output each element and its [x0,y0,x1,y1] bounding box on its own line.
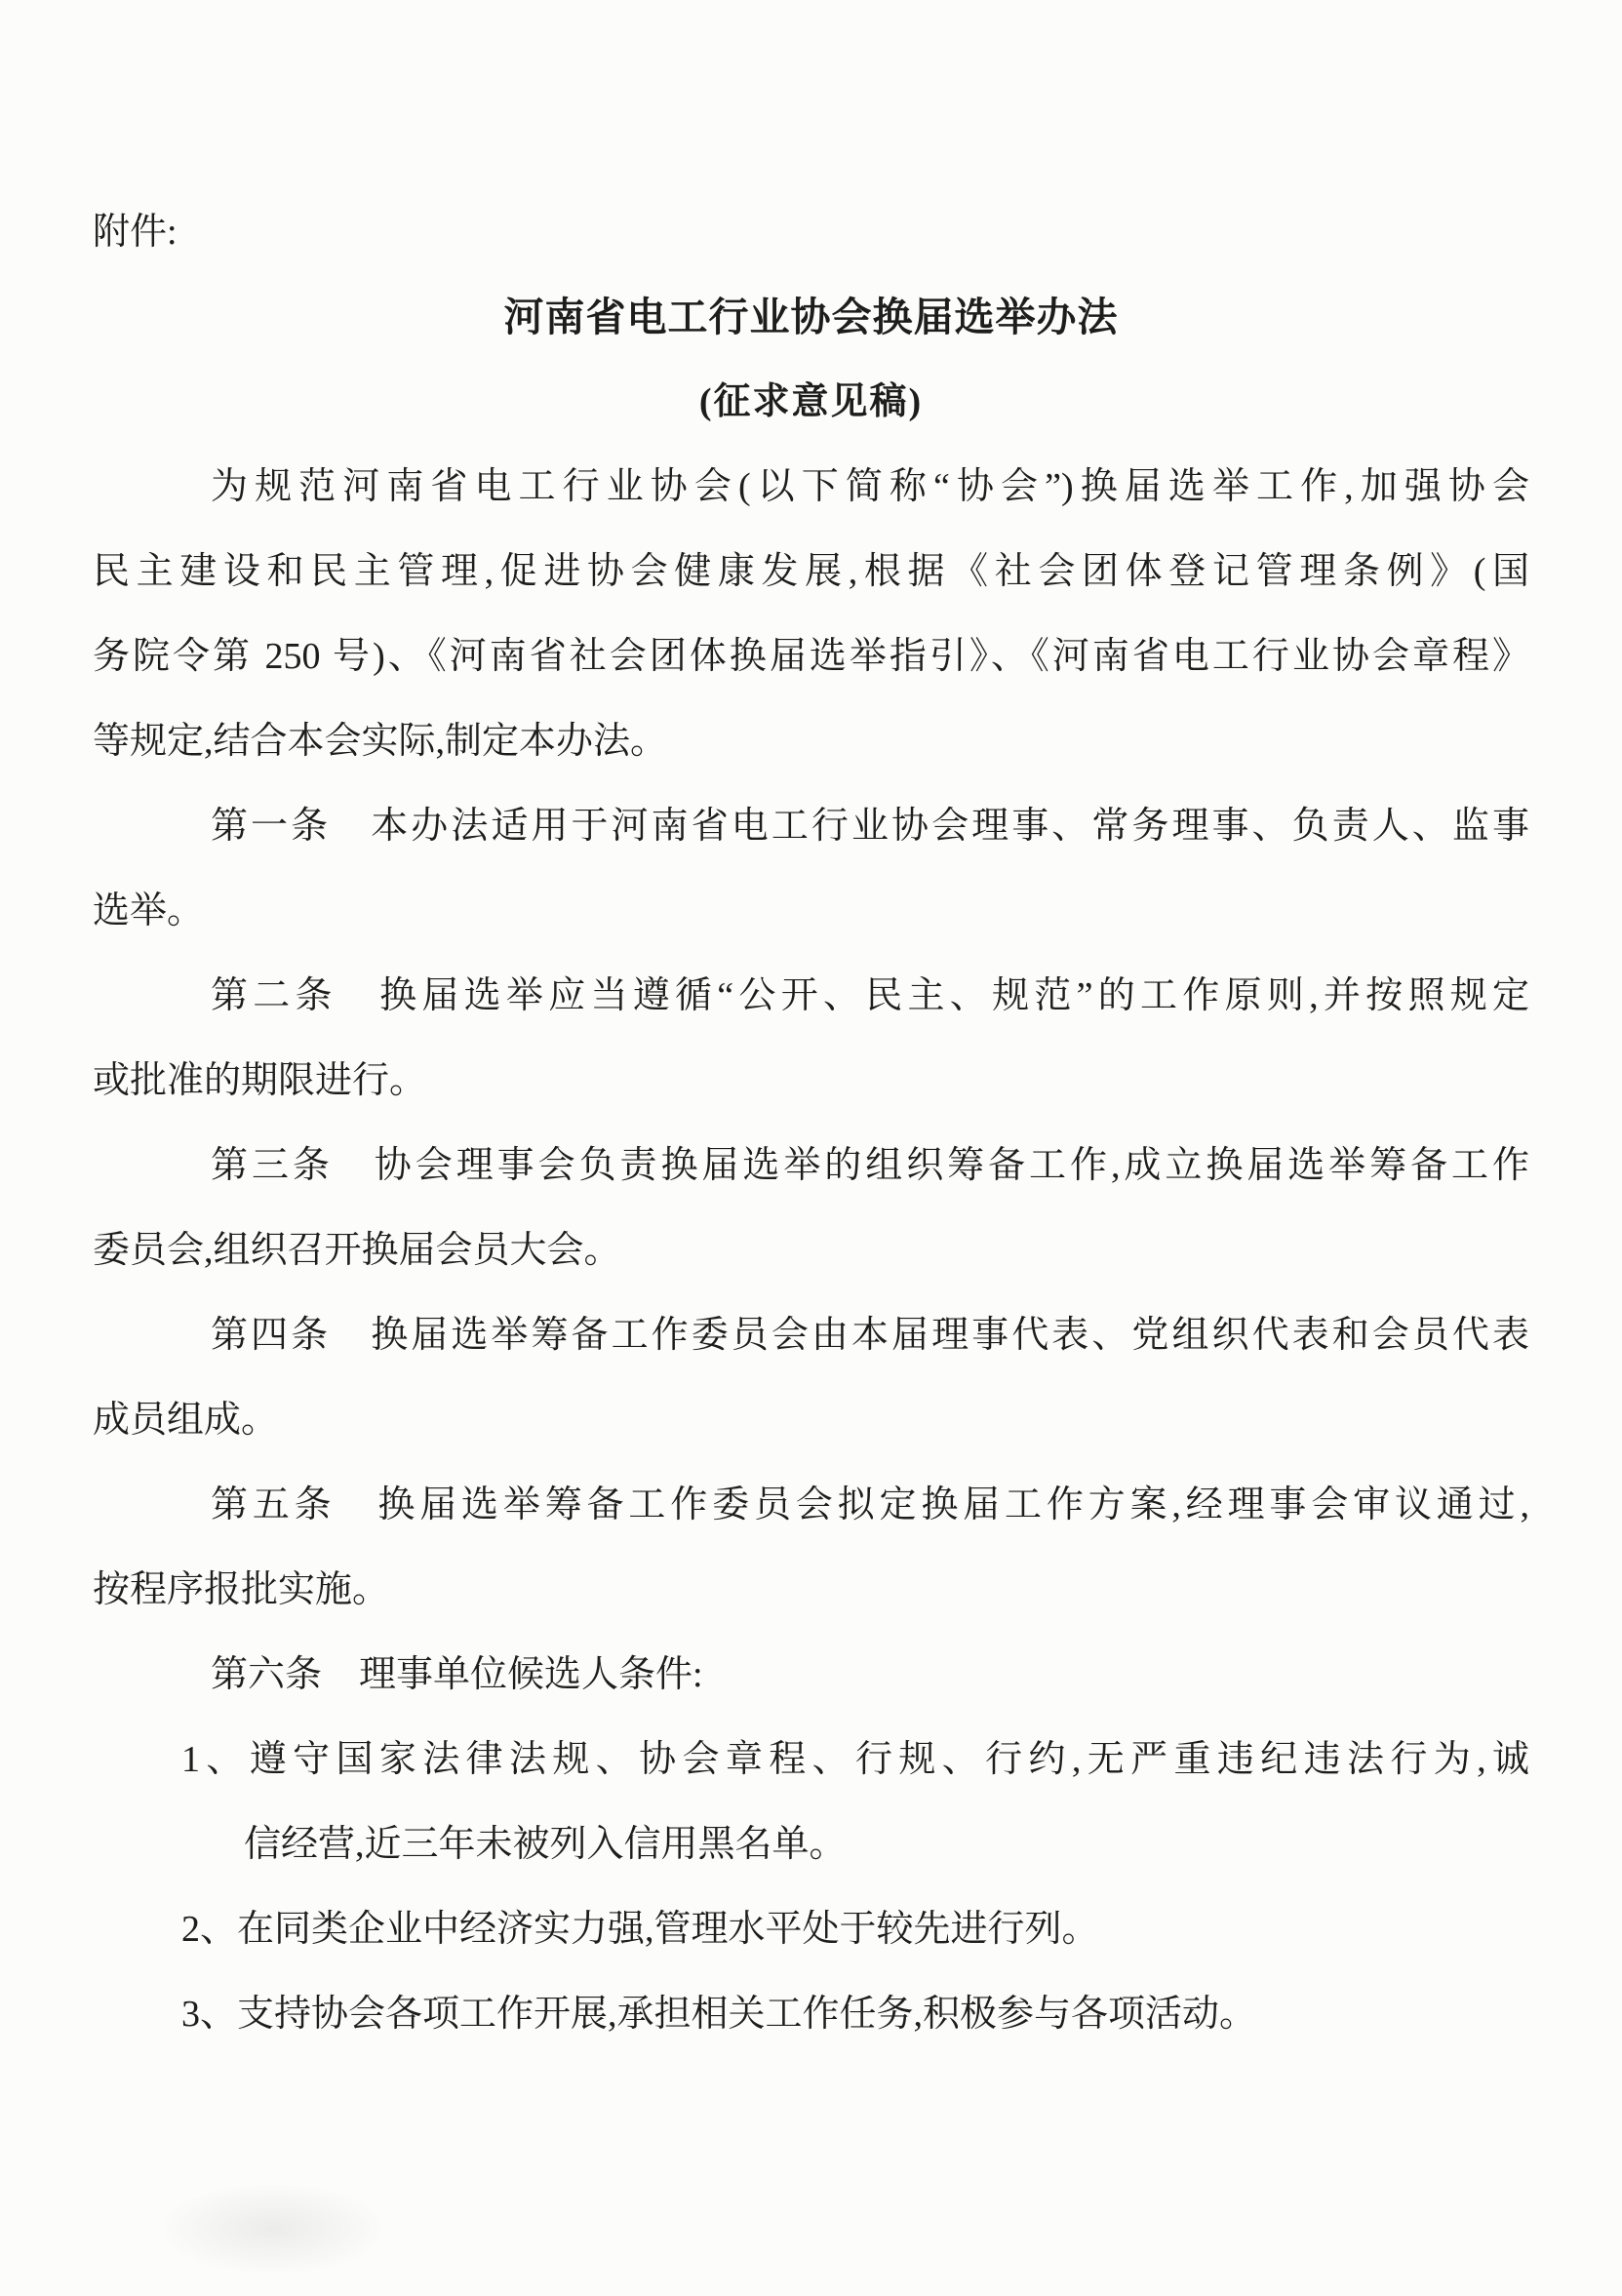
doc-line: 选举。 [93,869,1529,954]
doc-line-article-4: 第四条 换届选举筹备工作委员会由本届理事代表、党组织代表和会员代表 [93,1293,1529,1378]
doc-line: 或批准的期限进行。 [93,1039,1529,1124]
doc-line: 等规定,结合本会实际,制定本办法。 [93,699,1529,784]
doc-line-article-5: 第五条 换届选举筹备工作委员会拟定换届工作方案,经理事会审议通过, [93,1463,1529,1548]
doc-line: 务院令第 250 号)、《河南省社会团体换届选举指引》、《河南省电工行业协会章程… [93,614,1529,699]
doc-line: 委员会,组织召开换届会员大会。 [93,1208,1529,1293]
doc-line: 民主建设和民主管理,促进协会健康发展,根据《社会团体登记管理条例》(国 [93,530,1529,614]
doc-line-article-3: 第三条 协会理事会负责换届选举的组织筹备工作,成立换届选举筹备工作 [93,1124,1529,1208]
doc-line-list-item-1: 1、遵守国家法律法规、协会章程、行规、行约,无严重违纪违法行为,诚 [181,1718,1529,1802]
document-subtitle: (征求意见稿) [93,360,1529,445]
doc-line-list-item-3: 3、支持协会各项工作开展,承担相关工作任务,积极参与各项活动。 [181,1972,1529,2057]
doc-line: 成员组成。 [93,1378,1529,1463]
document-title: 河南省电工行业协会换届选举办法 [93,275,1529,360]
doc-line-article-1: 第一条 本办法适用于河南省电工行业协会理事、常务理事、负责人、监事 [93,784,1529,869]
doc-line: 为规范河南省电工行业协会(以下简称“协会”)换届选举工作,加强协会 [93,445,1529,530]
doc-line: 信经营,近三年未被列入信用黑名单。 [244,1802,1529,1887]
doc-line-article-6: 第六条 理事单位候选人条件: [93,1633,1529,1718]
attachment-label: 附件: [93,190,1529,275]
scanned-document-page: 附件: 河南省电工行业协会换届选举办法 (征求意见稿) 为规范河南省电工行业协会… [0,0,1622,2296]
doc-line-article-2: 第二条 换届选举应当遵循“公开、民主、规范”的工作原则,并按照规定 [93,954,1529,1039]
scan-smudge-artifact [166,2185,380,2273]
doc-line: 按程序报批实施。 [93,1548,1529,1633]
doc-line-list-item-2: 2、在同类企业中经济实力强,管理水平处于较先进行列。 [181,1887,1529,1972]
